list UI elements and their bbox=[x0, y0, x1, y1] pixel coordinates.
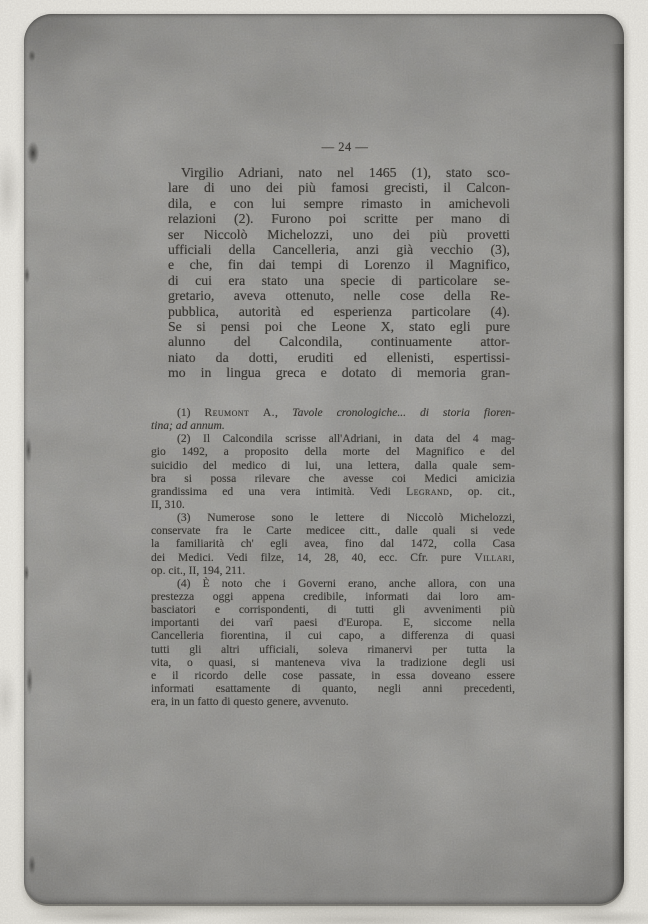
footnote-line: basciatori e corrispondenti, di tutti gl… bbox=[151, 603, 515, 616]
footnote-line: informati esattamente di quanto, negli a… bbox=[151, 682, 515, 695]
body-text-line: ser Niccolò Michelozzi, uno dei più prov… bbox=[168, 227, 510, 242]
body-text-line: lare di uno dei più famosi grecisti, il … bbox=[168, 180, 510, 195]
text-segment bbox=[278, 406, 292, 419]
body-text-line: ufficiali della Cancelleria, anzi già ve… bbox=[168, 242, 510, 257]
body-text-line: niato da dotti, eruditi ed ellenisti, es… bbox=[168, 350, 510, 365]
page-right-edge-shadow bbox=[610, 44, 624, 900]
footnote-line: (4) È noto che i Governi erano, anche al… bbox=[151, 577, 515, 590]
body-text-line: e che, fin dai tempi di Lorenzo il Magni… bbox=[168, 257, 510, 272]
body-text-line: gretario, aveva ottenuto, nelle cose del… bbox=[168, 288, 510, 303]
body-text-line: Se si pensi poi che Leone X, stato egli … bbox=[168, 319, 510, 334]
author-smallcaps: Reumont A., bbox=[204, 406, 278, 419]
footnote-line: grandissima ed una vera intimità. Vedi L… bbox=[151, 485, 515, 498]
text-segment: (1) bbox=[177, 406, 204, 419]
page-number: — 24 — bbox=[174, 140, 516, 155]
text-segment: op. cit., bbox=[453, 485, 515, 498]
page-edge-speck bbox=[25, 138, 41, 168]
footnote-line: suicidio del medico di lui, una lettera,… bbox=[151, 459, 515, 472]
footnote-line: op. cit., II, 194, 211. bbox=[151, 564, 515, 577]
footnote-line: conservate fra le Carte medicee citt., d… bbox=[151, 524, 515, 537]
footnote-line: prestezza oggi appena credibile, informa… bbox=[151, 590, 515, 603]
footnotes-block: (1) Reumont A., Tavole cronologiche... d… bbox=[151, 406, 515, 708]
text-segment: grandissima ed una vera intimità. Vedi bbox=[151, 485, 406, 498]
footnote-line: e il ricordo delle cose passate, in essa… bbox=[151, 669, 515, 682]
footnote-line: tutti gli altri ufficiali, soleva rimane… bbox=[151, 643, 515, 656]
author-smallcaps: Villari, bbox=[474, 551, 515, 564]
footnote-line: (1) Reumont A., Tavole cronologiche... d… bbox=[151, 406, 515, 419]
footnote-line: la familiarità ch' egli avea, fino dal 1… bbox=[151, 537, 515, 550]
page-edge-speck bbox=[27, 48, 37, 64]
scanned-book-photo: — 24 — Virgilio Adriani, nato nel 1465 (… bbox=[0, 0, 648, 924]
author-smallcaps: Legrand, bbox=[406, 485, 453, 498]
page-edge-speck bbox=[24, 432, 33, 468]
body-text-line: mo in lingua greca e dotato di memoria g… bbox=[168, 365, 510, 380]
italic-title: tina; ad annum. bbox=[151, 419, 225, 432]
footnote-line: Cancelleria fiorentina, il cui capo, a d… bbox=[151, 629, 515, 642]
page-edge-speck bbox=[24, 264, 31, 286]
body-text-line: Virgilio Adriani, nato nel 1465 (1), sta… bbox=[168, 165, 510, 180]
footnote-line: era, in un fatto di questo genere, avven… bbox=[151, 695, 515, 708]
footnote-line: (2) Il Calcondila scrisse all'Adriani, i… bbox=[151, 432, 515, 445]
body-text-line: alunno del Calcondila, continuamente att… bbox=[168, 334, 510, 349]
page-edge-speck bbox=[27, 852, 37, 878]
footnote-line: (3) Numerose sono le lettere di Niccolò … bbox=[151, 511, 515, 524]
footnote-line: importanti dei varî paesi d'Europa. E, s… bbox=[151, 616, 515, 629]
footnote-line: gio 1492, a proposito della morte del Ma… bbox=[151, 445, 515, 458]
body-text-line: di cui era stato una specie di particola… bbox=[168, 273, 510, 288]
main-text-block: Virgilio Adriani, nato nel 1465 (1), sta… bbox=[168, 165, 510, 380]
footnote-line: bra si possa rilevare che avesse coi Med… bbox=[151, 472, 515, 485]
body-text-line: dila, e con lui sempre rimasto in amiche… bbox=[168, 196, 510, 211]
page-edge-speck bbox=[24, 562, 30, 584]
body-text-line: relazioni (2). Furono poi scritte per ma… bbox=[168, 211, 510, 226]
footnote-line: dei Medici. Vedi filze, 14, 28, 40, ecc.… bbox=[151, 551, 515, 564]
footnote-line: vita, o quasi, si manteneva viva la trad… bbox=[151, 656, 515, 669]
text-segment: dei Medici. Vedi filze, 14, 28, 40, ecc.… bbox=[151, 551, 474, 564]
page-edge-speck bbox=[25, 662, 34, 700]
body-text-line: pubblica, autorità ed esperienza partico… bbox=[168, 304, 510, 319]
italic-title: Tavole cronologiche... di storia fioren- bbox=[292, 406, 515, 419]
book-page: — 24 — Virgilio Adriani, nato nel 1465 (… bbox=[24, 14, 624, 904]
footnote-line: II, 310. bbox=[151, 498, 515, 511]
footnote-line: tina; ad annum. bbox=[151, 419, 515, 432]
